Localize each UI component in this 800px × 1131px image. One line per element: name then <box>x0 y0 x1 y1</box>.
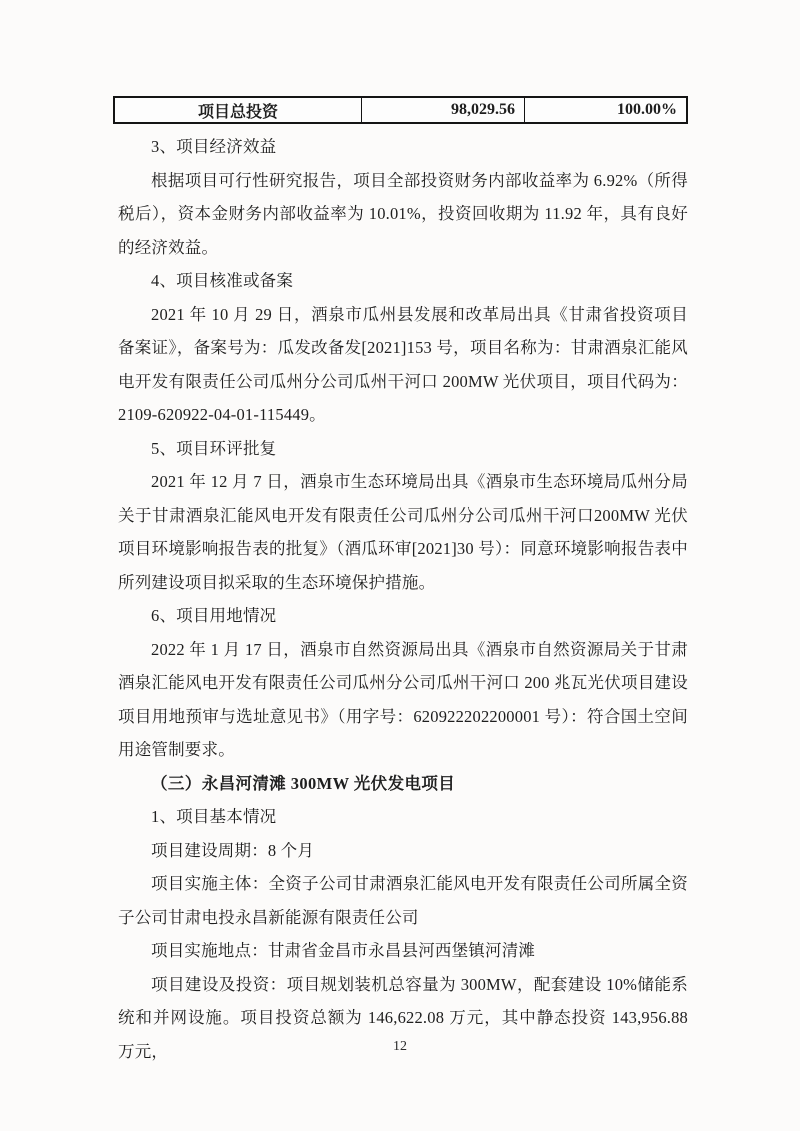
line-construction-period: 项目建设周期：8 个月 <box>118 834 688 868</box>
paragraph-eia-approval: 2021 年 12 月 7 日，酒泉市生态环境局出具《酒泉市生态环境局瓜州分局关… <box>118 465 688 599</box>
page-number: 12 <box>0 1039 800 1055</box>
table-cell-total-label: 项目总投资 <box>115 98 362 122</box>
project-heading-yongchang-heqingtan: （三）永昌河清滩 300MW 光伏发电项目 <box>118 767 688 801</box>
section-heading-basic-info: 1、项目基本情况 <box>118 800 688 834</box>
line-project-location: 项目实施地点：甘肃省金昌市永昌县河西堡镇河清滩 <box>118 934 688 968</box>
section-heading-approval-filing: 4、项目核准或备案 <box>118 264 688 298</box>
paragraph-economic-benefit: 根据项目可行性研究报告，项目全部投资财务内部收益率为 6.92%（所得税后），资… <box>118 164 688 265</box>
table-cell-total-percent: 100.00% <box>525 98 686 122</box>
paragraph-implementing-entity: 项目实施主体：全资子公司甘肃酒泉汇能风电开发有限责任公司所属全资子公司甘肃电投永… <box>118 867 688 934</box>
section-heading-land-use: 6、项目用地情况 <box>118 599 688 633</box>
document-page: 项目总投资 98,029.56 100.00% 3、项目经济效益 根据项目可行性… <box>0 0 800 1131</box>
paragraph-approval-filing: 2021 年 10 月 29 日，酒泉市瓜州县发展和改革局出具《甘肃省投资项目备… <box>118 298 688 432</box>
investment-total-table-row: 项目总投资 98,029.56 100.00% <box>113 96 688 124</box>
paragraph-land-use: 2022 年 1 月 17 日，酒泉市自然资源局出具《酒泉市自然资源局关于甘肃酒… <box>118 633 688 767</box>
section-heading-economic-benefit: 3、项目经济效益 <box>118 130 688 164</box>
section-heading-eia-approval: 5、项目环评批复 <box>118 432 688 466</box>
table-cell-total-amount: 98,029.56 <box>362 98 525 122</box>
